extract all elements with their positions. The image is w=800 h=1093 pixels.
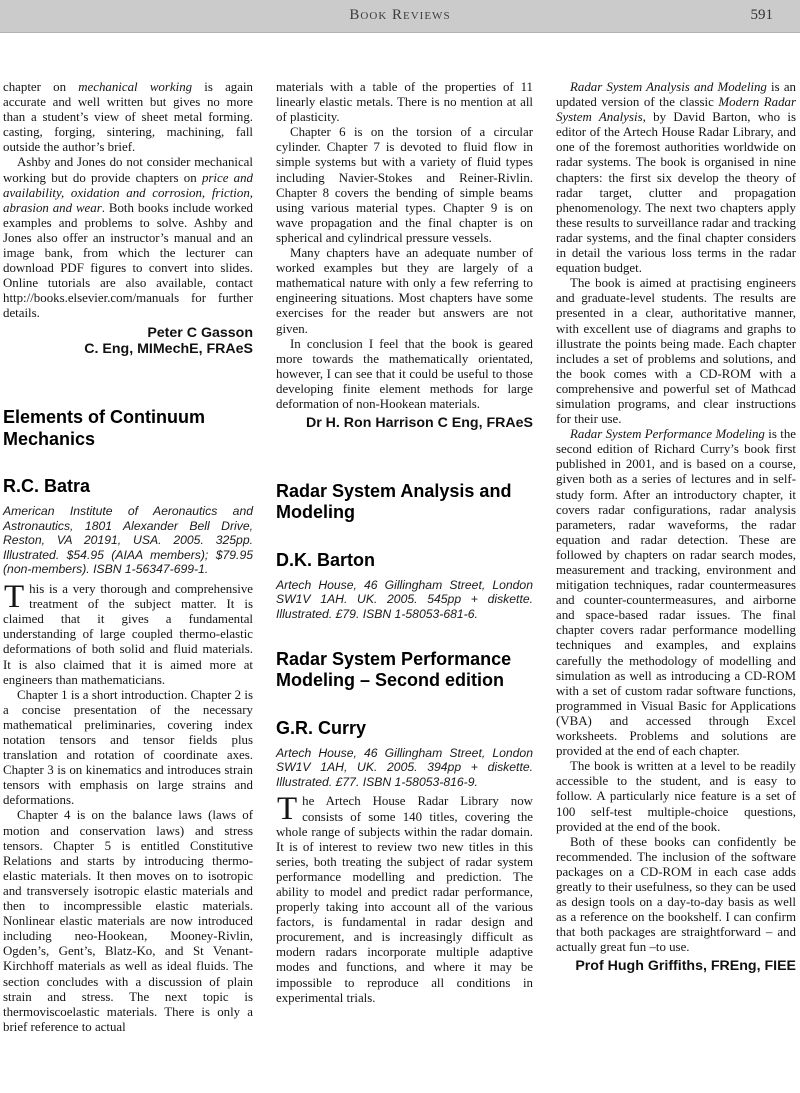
text-run: chapter on bbox=[3, 80, 78, 94]
drop-cap: T bbox=[276, 794, 302, 822]
review-paragraph: The book is aimed at practising engineer… bbox=[556, 276, 796, 427]
text-run: is the second edition of Richard Curry’s… bbox=[556, 427, 796, 758]
book-author: D.K. Barton bbox=[276, 550, 533, 571]
running-head-section-title: Book Reviews bbox=[0, 7, 800, 24]
text-run: , by David Barton, who is editor of the … bbox=[556, 110, 796, 275]
reviewer-signature: Prof Hugh Griffiths, FREng, FIEE bbox=[556, 958, 796, 975]
reviewer-signature: Dr H. Ron Harrison C Eng, FRAeS bbox=[276, 415, 533, 432]
text-run: he Artech House Radar Library now consis… bbox=[276, 794, 533, 1004]
journal-page: Book Reviews 591 chapter on mechanical w… bbox=[0, 0, 800, 1093]
review-paragraph: Chapter 4 is on the balance laws (laws o… bbox=[3, 808, 253, 1034]
italic-text-run: mechanical working bbox=[78, 80, 192, 94]
review-paragraph: Radar System Performance Modeling is the… bbox=[556, 427, 796, 759]
text-run: Many chapters have an adequate number of… bbox=[276, 246, 533, 335]
review-paragraph: Chapter 1 is a short introduction. Chapt… bbox=[3, 688, 253, 809]
review-paragraph: Ashby and Jones do not consider mechanic… bbox=[3, 155, 253, 321]
reviewer-signature-line: Prof Hugh Griffiths, FREng, FIEE bbox=[556, 958, 796, 975]
reviewer-signature: Peter C GassonC. Eng, MIMechE, FRAeS bbox=[3, 325, 253, 359]
book-author: R.C. Batra bbox=[3, 476, 253, 497]
text-run: his is a very thorough and comprehensive… bbox=[3, 582, 253, 687]
review-paragraph: materials with a table of the properties… bbox=[276, 80, 533, 125]
italic-text-run: Radar System Analysis and Modeling bbox=[570, 80, 767, 94]
text-run: In conclusion I feel that the book is ge… bbox=[276, 337, 533, 411]
text-run: The book is aimed at practising engineer… bbox=[556, 276, 796, 426]
book-imprint-details: Artech House, 46 Gillingham Street, Lond… bbox=[276, 578, 533, 622]
review-columns: chapter on mechanical working is again a… bbox=[0, 0, 800, 1035]
review-paragraph: The book is written at a level to be rea… bbox=[556, 759, 796, 834]
column-1: chapter on mechanical working is again a… bbox=[3, 80, 253, 1035]
text-run: Chapter 4 is on the balance laws (laws o… bbox=[3, 808, 253, 1033]
reviewer-signature-line: Peter C Gasson bbox=[3, 325, 253, 342]
text-run: . Both books include worked examples and… bbox=[3, 201, 253, 321]
text-run: Chapter 1 is a short introduction. Chapt… bbox=[3, 688, 253, 808]
book-author: G.R. Curry bbox=[276, 718, 533, 739]
review-paragraph: This is a very thorough and comprehensiv… bbox=[3, 582, 253, 688]
page-header-bar: Book Reviews 591 bbox=[0, 0, 800, 33]
book-title: Radar System Analysis and Modeling bbox=[276, 481, 533, 524]
review-paragraph: The Artech House Radar Library now consi… bbox=[276, 794, 533, 1005]
review-paragraph: Radar System Analysis and Modeling is an… bbox=[556, 80, 796, 276]
italic-text-run: Radar System Performance Modeling bbox=[570, 427, 765, 441]
book-imprint-details: American Institute of Aeronautics and As… bbox=[3, 504, 253, 577]
drop-cap: T bbox=[3, 582, 29, 610]
column-2: materials with a table of the properties… bbox=[276, 80, 533, 1035]
page-number: 591 bbox=[751, 7, 774, 24]
book-title: Elements of Continuum Mechanics bbox=[3, 407, 253, 450]
reviewer-signature-line: C. Eng, MIMechE, FRAeS bbox=[3, 341, 253, 358]
text-run: The book is written at a level to be rea… bbox=[556, 759, 796, 833]
text-run: Chapter 6 is on the torsion of a circula… bbox=[276, 125, 533, 245]
text-run: Both of these books can confidently be r… bbox=[556, 835, 796, 955]
reviewer-signature-line: Dr H. Ron Harrison C Eng, FRAeS bbox=[276, 415, 533, 432]
review-paragraph: In conclusion I feel that the book is ge… bbox=[276, 337, 533, 412]
review-paragraph: Chapter 6 is on the torsion of a circula… bbox=[276, 125, 533, 246]
text-run: materials with a table of the properties… bbox=[276, 80, 533, 124]
book-imprint-details: Artech House, 46 Gillingham Street, Lond… bbox=[276, 746, 533, 790]
review-paragraph: Many chapters have an adequate number of… bbox=[276, 246, 533, 337]
column-3: Radar System Analysis and Modeling is an… bbox=[556, 80, 796, 1035]
book-title: Radar System Performance Modeling – Seco… bbox=[276, 649, 533, 692]
review-paragraph: chapter on mechanical working is again a… bbox=[3, 80, 253, 155]
review-paragraph: Both of these books can confidently be r… bbox=[556, 835, 796, 956]
